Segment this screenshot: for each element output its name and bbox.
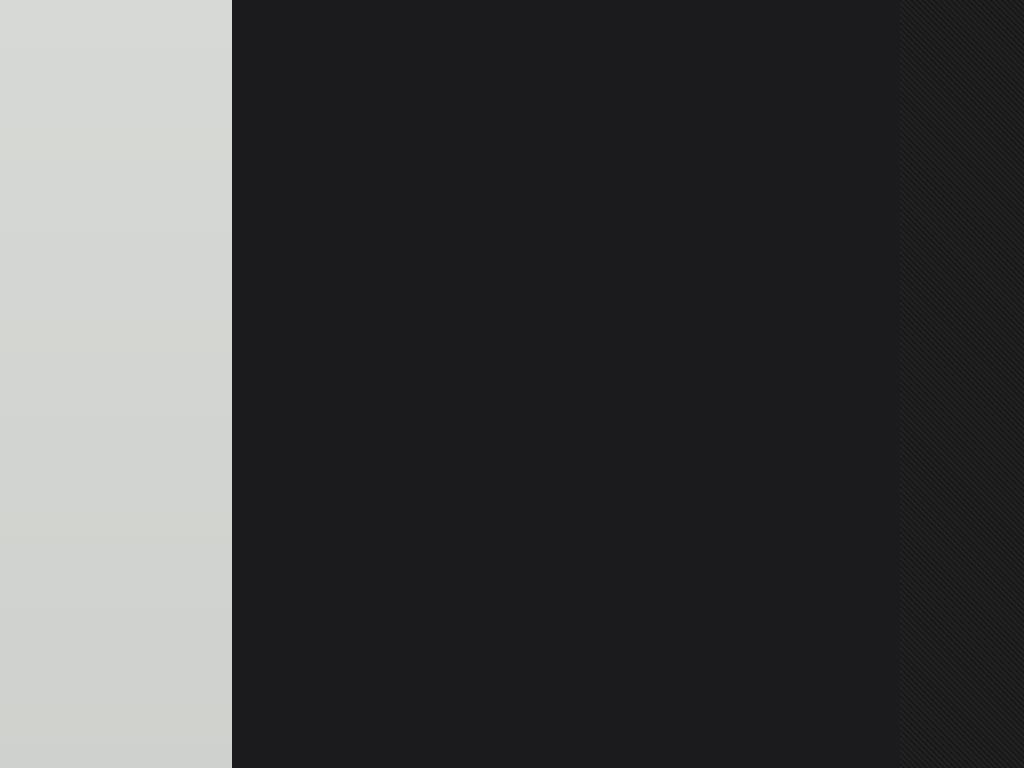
- left-page: [0, 0, 232, 768]
- fabric-background: [900, 0, 1024, 768]
